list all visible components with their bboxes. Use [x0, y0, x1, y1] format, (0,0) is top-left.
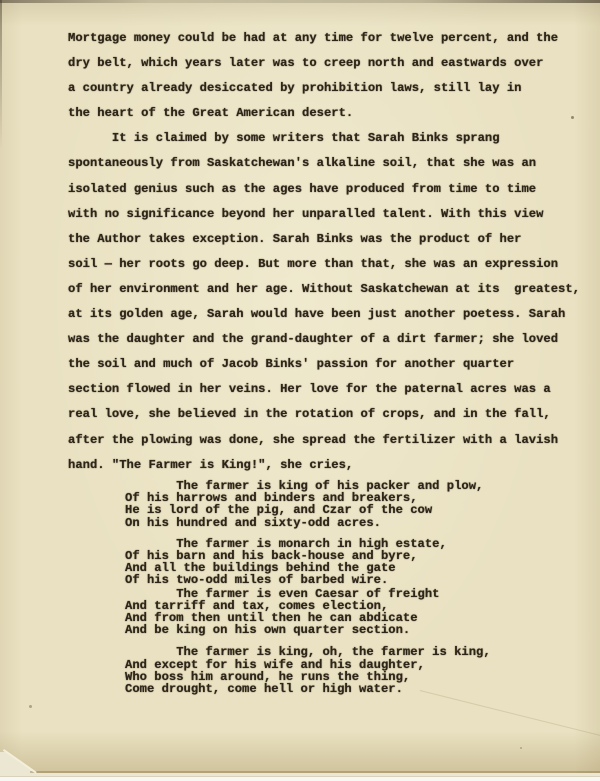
text-line: the Author takes exception. Sarah Binks … — [68, 227, 580, 252]
poem-line: Of his two-odd miles of barbed wire. — [125, 574, 491, 586]
text-line: hand. "The Farmer is King!", she cries, — [68, 453, 580, 478]
text-line: the heart of the Great American desert. — [68, 101, 580, 126]
paper-speck — [571, 116, 574, 119]
scan-left-edge — [0, 0, 2, 150]
poem-line: The farmer is king, oh, the farmer is ki… — [125, 646, 491, 658]
text-line: soil — her roots go deep. But more than … — [68, 252, 580, 277]
text-line: real love, she believed in the rotation … — [68, 402, 580, 427]
text-line: section flowed in her veins. Her love fo… — [68, 377, 580, 402]
text-line: with no significance beyond her unparall… — [68, 202, 580, 227]
text-line: dry belt, which years later was to creep… — [68, 51, 580, 76]
paper-bottom-edge — [30, 771, 600, 773]
paper-sheet: Mortgage money could be had at any time … — [0, 0, 600, 773]
poem-line: The farmer is even Caesar of freight — [125, 588, 491, 600]
text-line: spontaneously from Saskatchewan's alkali… — [68, 151, 580, 176]
poem-line: On his hundred and sixty-odd acres. — [125, 517, 491, 529]
body-text: Mortgage money could be had at any time … — [68, 26, 580, 478]
paper-speck — [520, 747, 522, 749]
text-line: after the plowing was done, she spread t… — [68, 428, 580, 453]
text-line: isolated genius such as the ages have pr… — [68, 177, 580, 202]
poem-stanza: The farmer is even Caesar of freightAnd … — [125, 588, 491, 637]
scan-top-edge — [0, 0, 600, 3]
poem-line: He is lord of the pig, and Czar of the c… — [125, 504, 491, 516]
text-line: It is claimed by some writers that Sarah… — [68, 126, 580, 151]
poem-stanza: The farmer is monarch in high estate,Of … — [125, 538, 491, 587]
poem-line: And except for his wife and his daughter… — [125, 659, 491, 671]
poem: The farmer is king of his packer and plo… — [125, 480, 491, 695]
text-line: Mortgage money could be had at any time … — [68, 26, 580, 51]
text-line: the soil and much of Jacob Binks' passio… — [68, 352, 580, 377]
text-line: at its golden age, Sarah would have been… — [68, 302, 580, 327]
paper-speck — [94, 213, 96, 215]
text-line: of her environment and her age. Without … — [68, 277, 580, 302]
paper-speck — [29, 705, 32, 708]
poem-stanza: The farmer is king of his packer and plo… — [125, 480, 491, 529]
poem-line: And be king on his own quarter section. — [125, 624, 491, 636]
text-line: was the daughter and the grand-daughter … — [68, 327, 580, 352]
poem-stanza: The farmer is king, oh, the farmer is ki… — [125, 646, 491, 695]
text-line: a country already desiccated by prohibit… — [68, 76, 580, 101]
